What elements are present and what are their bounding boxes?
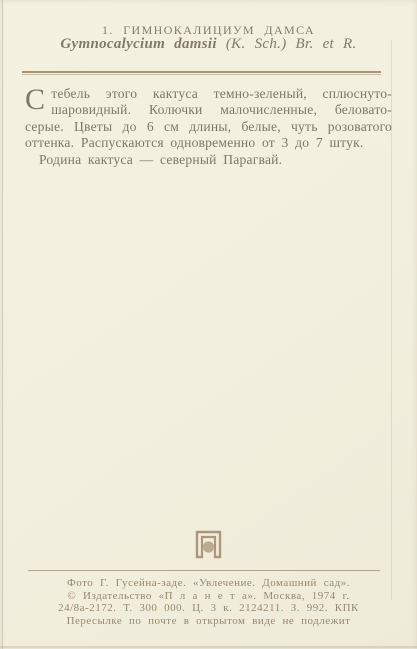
planeta-publisher-logo-icon (194, 529, 223, 559)
planeta-logo-svg (194, 529, 223, 559)
drop-cap-letter: С (25, 86, 51, 113)
imprint-mailing-note: Пересылке по почте в открытом виде не по… (0, 615, 417, 628)
scan-edge-left (2, 0, 3, 649)
divider-top-rule (22, 71, 381, 75)
description-text: тебель этого кактуса темно-зеленый, сплю… (25, 86, 392, 150)
imprint-print-code: 24/8а-2172. Т. 300 000. Ц. 3 к. 2124211.… (0, 602, 417, 615)
imprint-block: Фото Г. Гусейна-заде. «Увлечение. Домашн… (0, 577, 417, 628)
description-paragraph: Стебель этого кактуса темно-зеленый, спл… (25, 86, 392, 152)
latin-authority: (K. Sch.) Br. et R. (226, 36, 357, 52)
description-block: Стебель этого кактуса темно-зеленый, спл… (25, 86, 392, 168)
postcard-back: 1. ГИМНОКАЛИЦИУМ ДАМСА Gymnocalycium dam… (0, 0, 417, 649)
latin-title: Gymnocalycium damsii (K. Sch.) Br. et R. (0, 36, 417, 53)
divider-bottom-rule (28, 570, 380, 571)
imprint-photo-credit: Фото Г. Гусейна-заде. «Увлечение. Домашн… (0, 577, 417, 590)
latin-species-name: Gymnocalycium damsii (60, 36, 216, 52)
homeland-paragraph: Родина кактуса — северный Парагвай. (25, 152, 392, 168)
scan-edge-bottom (0, 646, 417, 648)
imprint-publisher-line: © Издательство «П л а н е т а». Москва, … (0, 590, 417, 603)
